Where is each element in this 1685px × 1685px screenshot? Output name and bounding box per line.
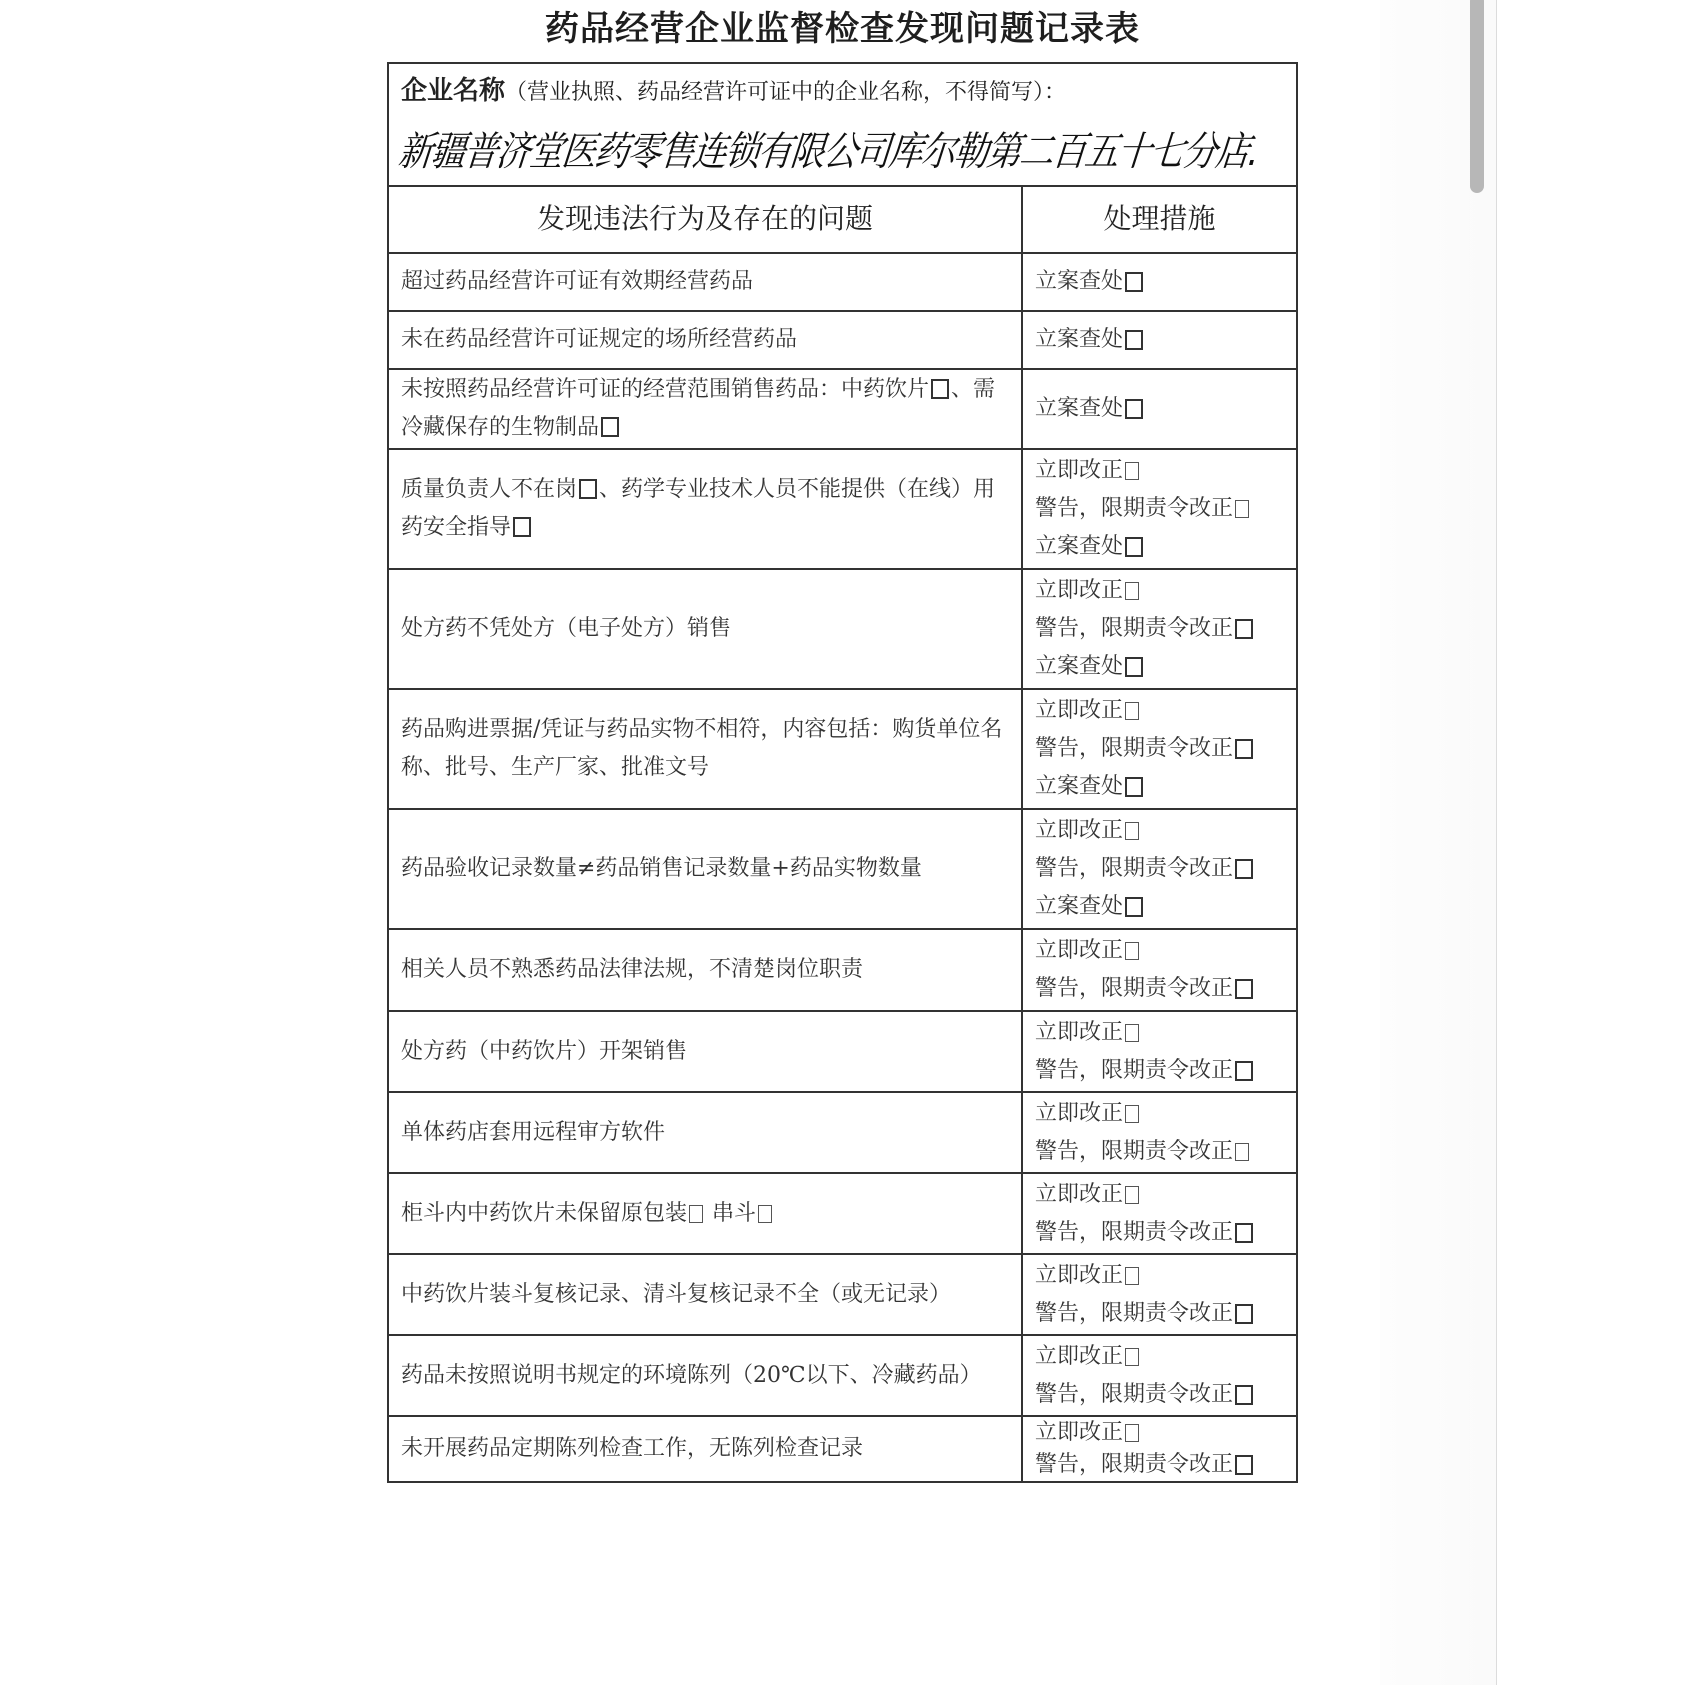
action-option: 警告，限期责令改正 bbox=[1035, 850, 1296, 888]
issue-cell: 质量负责人不在岗、药学专业技术人员不能提供（在线）用药安全指导 bbox=[389, 450, 1023, 568]
company-name-section: 企业名称（营业执照、药品经营许可证中的企业名称，不得简写）： 新疆普济堂医药零售… bbox=[389, 64, 1296, 187]
action-cell: 立案查处 bbox=[1023, 254, 1296, 310]
table-row: 相关人员不熟悉药品法律法规，不清楚岗位职责 立即改正 警告，限期责令改正 bbox=[389, 930, 1296, 1012]
issue-text: 质量负责人不在岗、药学专业技术人员不能提供（在线）用药安全指导 bbox=[401, 471, 1011, 547]
action-option: 立案查处 bbox=[1035, 263, 1296, 301]
action-option: 警告，限期责令改正 bbox=[1035, 490, 1296, 528]
checkbox[interactable] bbox=[1235, 859, 1253, 879]
checkbox[interactable] bbox=[1125, 1424, 1139, 1442]
issue-text: 处方药（中药饮片）开架销售 bbox=[401, 1033, 687, 1071]
issue-text: 未在药品经营许可证规定的场所经营药品 bbox=[401, 321, 797, 359]
issue-text: 药品未按照说明书规定的环境陈列（20℃以下、冷藏药品） bbox=[401, 1357, 982, 1395]
action-cell: 立即改正 警告，限期责令改正 bbox=[1023, 1012, 1296, 1091]
inspection-record-table: 企业名称（营业执照、药品经营许可证中的企业名称，不得简写）： 新疆普济堂医药零售… bbox=[387, 62, 1298, 1483]
action-label: 立案查处 bbox=[1035, 321, 1123, 359]
issue-cell: 药品购进票据/凭证与药品实物不相符，内容包括：购货单位名称、批号、生产厂家、批准… bbox=[389, 690, 1023, 808]
action-cell: 立即改正 警告，限期责令改正 立案查处 bbox=[1023, 450, 1296, 568]
checkbox[interactable] bbox=[1235, 619, 1253, 639]
action-cell: 立即改正 警告，限期责令改正 bbox=[1023, 1255, 1296, 1334]
checkbox[interactable] bbox=[1235, 979, 1253, 999]
action-option: 警告，限期责令改正 bbox=[1035, 1449, 1296, 1481]
action-option: 立案查处 bbox=[1035, 528, 1296, 566]
checkbox-mixed-drawer[interactable] bbox=[758, 1205, 772, 1223]
issue-text: 未开展药品定期陈列检查工作，无陈列检查记录 bbox=[401, 1430, 863, 1468]
action-option: 警告，限期责令改正 bbox=[1035, 730, 1296, 768]
company-label-bold: 企业名称 bbox=[401, 76, 505, 106]
checkbox[interactable] bbox=[1125, 1348, 1139, 1366]
action-label: 警告，限期责令改正 bbox=[1035, 490, 1233, 528]
action-option: 立即改正 bbox=[1035, 452, 1296, 490]
issue-text-part: 串斗 bbox=[705, 1201, 756, 1226]
checkbox[interactable] bbox=[1125, 1186, 1139, 1204]
checkbox[interactable] bbox=[1235, 739, 1253, 759]
header-issue: 发现违法行为及存在的问题 bbox=[389, 185, 1023, 252]
issue-cell: 药品验收记录数量≠药品销售记录数量+药品实物数量 bbox=[389, 810, 1023, 928]
action-label: 警告，限期责令改正 bbox=[1035, 1449, 1233, 1481]
company-name-label: 企业名称（营业执照、药品经营许可证中的企业名称，不得简写）： bbox=[401, 70, 1066, 107]
checkbox[interactable] bbox=[1125, 1267, 1139, 1285]
checkbox-biologics[interactable] bbox=[601, 417, 619, 437]
action-option: 警告，限期责令改正 bbox=[1035, 1295, 1296, 1333]
action-label: 立即改正 bbox=[1035, 1417, 1123, 1449]
issue-text: 中药饮片装斗复核记录、清斗复核记录不全（或无记录） bbox=[401, 1276, 951, 1314]
action-option: 警告，限期责令改正 bbox=[1035, 610, 1296, 648]
checkbox[interactable] bbox=[1125, 702, 1139, 720]
action-cell: 立即改正 警告，限期责令改正 bbox=[1023, 930, 1296, 1010]
checkbox[interactable] bbox=[1125, 1024, 1139, 1042]
checkbox[interactable] bbox=[1125, 1105, 1139, 1123]
checkbox[interactable] bbox=[1235, 1304, 1253, 1324]
table-row: 药品验收记录数量≠药品销售记录数量+药品实物数量 立即改正 警告，限期责令改正 … bbox=[389, 810, 1296, 930]
action-option: 立即改正 bbox=[1035, 692, 1296, 730]
issue-text: 药品购进票据/凭证与药品实物不相符，内容包括：购货单位名称、批号、生产厂家、批准… bbox=[401, 711, 1011, 787]
issue-cell: 未按照药品经营许可证的经营范围销售药品：中药饮片、需冷藏保存的生物制品 bbox=[389, 370, 1023, 448]
action-option: 警告，限期责令改正 bbox=[1035, 1214, 1296, 1252]
table-header-row: 发现违法行为及存在的问题 处理措施 bbox=[389, 185, 1296, 254]
table-row: 未按照药品经营许可证的经营范围销售药品：中药饮片、需冷藏保存的生物制品 立案查处 bbox=[389, 370, 1296, 450]
action-cell: 立案查处 bbox=[1023, 312, 1296, 368]
action-label: 立即改正 bbox=[1035, 812, 1123, 850]
action-label: 立即改正 bbox=[1035, 452, 1123, 490]
checkbox[interactable] bbox=[1235, 1223, 1253, 1243]
action-label: 立即改正 bbox=[1035, 1014, 1123, 1052]
action-cell: 立即改正 警告，限期责令改正 立案查处 bbox=[1023, 810, 1296, 928]
checkbox[interactable] bbox=[1125, 657, 1143, 677]
issue-text: 未按照药品经营许可证的经营范围销售药品：中药饮片、需冷藏保存的生物制品 bbox=[401, 371, 1011, 447]
action-label: 警告，限期责令改正 bbox=[1035, 1295, 1233, 1333]
action-label: 警告，限期责令改正 bbox=[1035, 970, 1233, 1008]
action-label: 立案查处 bbox=[1035, 263, 1123, 301]
issue-cell: 未开展药品定期陈列检查工作，无陈列检查记录 bbox=[389, 1417, 1023, 1481]
table-row: 单体药店套用远程审方软件 立即改正 警告，限期责令改正 bbox=[389, 1093, 1296, 1174]
action-option: 立即改正 bbox=[1035, 1417, 1296, 1449]
checkbox[interactable] bbox=[1235, 500, 1249, 518]
checkbox[interactable] bbox=[1125, 462, 1139, 480]
table-row: 处方药不凭处方（电子处方）销售 立即改正 警告，限期责令改正 立案查处 bbox=[389, 570, 1296, 690]
document-title: 药品经营企业监督检查发现问题记录表 bbox=[387, 4, 1298, 54]
issue-cell: 药品未按照说明书规定的环境陈列（20℃以下、冷藏药品） bbox=[389, 1336, 1023, 1415]
action-label: 立即改正 bbox=[1035, 1095, 1123, 1133]
table-row: 药品未按照说明书规定的环境陈列（20℃以下、冷藏药品） 立即改正 警告，限期责令… bbox=[389, 1336, 1296, 1417]
vertical-scrollbar-thumb[interactable] bbox=[1470, 0, 1484, 193]
table-row: 未在药品经营许可证规定的场所经营药品 立案查处 bbox=[389, 312, 1296, 370]
action-option: 警告，限期责令改正 bbox=[1035, 970, 1296, 1008]
issue-cell: 中药饮片装斗复核记录、清斗复核记录不全（或无记录） bbox=[389, 1255, 1023, 1334]
action-label: 立案查处 bbox=[1035, 390, 1123, 428]
action-cell: 立即改正 警告，限期责令改正 bbox=[1023, 1336, 1296, 1415]
action-cell: 立即改正 警告，限期责令改正 bbox=[1023, 1093, 1296, 1172]
action-option: 立案查处 bbox=[1035, 648, 1296, 686]
checkbox-pharmacist-guidance[interactable] bbox=[513, 517, 531, 537]
action-cell: 立即改正 警告，限期责令改正 bbox=[1023, 1174, 1296, 1253]
action-label: 立即改正 bbox=[1035, 1176, 1123, 1214]
issue-text: 药品验收记录数量≠药品销售记录数量+药品实物数量 bbox=[401, 850, 922, 888]
action-option: 立案查处 bbox=[1035, 768, 1296, 806]
checkbox[interactable] bbox=[1125, 330, 1143, 350]
company-label-note: （营业执照、药品经营许可证中的企业名称，不得简写）： bbox=[505, 80, 1066, 105]
action-cell: 立即改正 警告，限期责令改正 bbox=[1023, 1417, 1296, 1481]
table-row: 质量负责人不在岗、药学专业技术人员不能提供（在线）用药安全指导 立即改正 警告，… bbox=[389, 450, 1296, 570]
checkbox-original-packaging[interactable] bbox=[689, 1205, 703, 1223]
action-option: 立即改正 bbox=[1035, 1014, 1296, 1052]
issue-cell: 处方药（中药饮片）开架销售 bbox=[389, 1012, 1023, 1091]
checkbox-herbal-pieces[interactable] bbox=[931, 379, 949, 399]
issue-text: 相关人员不熟悉药品法律法规，不清楚岗位职责 bbox=[401, 951, 863, 989]
action-option: 立案查处 bbox=[1035, 888, 1296, 926]
checkbox[interactable] bbox=[1125, 942, 1139, 960]
issue-text: 处方药不凭处方（电子处方）销售 bbox=[401, 610, 731, 648]
action-cell: 立即改正 警告，限期责令改正 立案查处 bbox=[1023, 570, 1296, 688]
checkbox[interactable] bbox=[1235, 1385, 1253, 1405]
issue-text: 单体药店套用远程审方软件 bbox=[401, 1114, 665, 1152]
checkbox[interactable] bbox=[1125, 399, 1143, 419]
action-option: 警告，限期责令改正 bbox=[1035, 1376, 1296, 1414]
action-label: 立案查处 bbox=[1035, 528, 1123, 566]
action-option: 立即改正 bbox=[1035, 812, 1296, 850]
checkbox[interactable] bbox=[1125, 537, 1143, 557]
action-label: 立即改正 bbox=[1035, 1257, 1123, 1295]
action-cell: 立案查处 bbox=[1023, 370, 1296, 448]
issue-text-part: 质量负责人不在岗 bbox=[401, 477, 577, 502]
action-option: 立即改正 bbox=[1035, 572, 1296, 610]
viewer-divider bbox=[1496, 0, 1497, 1685]
issue-cell: 超过药品经营许可证有效期经营药品 bbox=[389, 254, 1023, 310]
issue-cell: 单体药店套用远程审方软件 bbox=[389, 1093, 1023, 1172]
action-option: 警告，限期责令改正 bbox=[1035, 1133, 1296, 1171]
checkbox[interactable] bbox=[1235, 1455, 1253, 1475]
action-label: 立即改正 bbox=[1035, 1338, 1123, 1376]
table-row: 柜斗内中药饮片未保留原包装 串斗 立即改正 警告，限期责令改正 bbox=[389, 1174, 1296, 1255]
action-label: 警告，限期责令改正 bbox=[1035, 730, 1233, 768]
checkbox[interactable] bbox=[1125, 777, 1143, 797]
action-option: 立即改正 bbox=[1035, 1176, 1296, 1214]
action-label: 警告，限期责令改正 bbox=[1035, 850, 1233, 888]
action-option: 立即改正 bbox=[1035, 1338, 1296, 1376]
checkbox[interactable] bbox=[1125, 582, 1139, 600]
checkbox[interactable] bbox=[1125, 897, 1143, 917]
issue-cell: 柜斗内中药饮片未保留原包装 串斗 bbox=[389, 1174, 1023, 1253]
table-row: 药品购进票据/凭证与药品实物不相符，内容包括：购货单位名称、批号、生产厂家、批准… bbox=[389, 690, 1296, 810]
action-label: 立案查处 bbox=[1035, 768, 1123, 806]
action-label: 立即改正 bbox=[1035, 572, 1123, 610]
action-label: 立案查处 bbox=[1035, 888, 1123, 926]
checkbox[interactable] bbox=[1235, 1143, 1249, 1161]
checkbox[interactable] bbox=[1125, 822, 1139, 840]
issue-text-part: 柜斗内中药饮片未保留原包装 bbox=[401, 1201, 687, 1226]
action-option: 立案查处 bbox=[1035, 321, 1296, 359]
action-option: 立案查处 bbox=[1035, 390, 1296, 428]
action-label: 警告，限期责令改正 bbox=[1035, 1376, 1233, 1414]
table-row: 超过药品经营许可证有效期经营药品 立案查处 bbox=[389, 254, 1296, 312]
action-option: 立即改正 bbox=[1035, 1095, 1296, 1133]
action-label: 警告，限期责令改正 bbox=[1035, 1214, 1233, 1252]
table-row: 中药饮片装斗复核记录、清斗复核记录不全（或无记录） 立即改正 警告，限期责令改正 bbox=[389, 1255, 1296, 1336]
action-option: 立即改正 bbox=[1035, 1257, 1296, 1295]
company-name-handwritten[interactable]: 新疆普济堂医药零售连锁有限公司库尔勒第二百五十七分店. bbox=[396, 120, 1261, 177]
page-margin-shade bbox=[1380, 0, 1496, 1685]
action-label: 警告，限期责令改正 bbox=[1035, 610, 1233, 648]
checkbox-quality-manager[interactable] bbox=[579, 479, 597, 499]
action-option: 警告，限期责令改正 bbox=[1035, 1052, 1296, 1090]
action-label: 警告，限期责令改正 bbox=[1035, 1133, 1233, 1171]
action-cell: 立即改正 警告，限期责令改正 立案查处 bbox=[1023, 690, 1296, 808]
issue-text: 柜斗内中药饮片未保留原包装 串斗 bbox=[401, 1195, 774, 1233]
issue-cell: 相关人员不熟悉药品法律法规，不清楚岗位职责 bbox=[389, 930, 1023, 1010]
action-option: 立即改正 bbox=[1035, 932, 1296, 970]
action-label: 立即改正 bbox=[1035, 932, 1123, 970]
action-label: 警告，限期责令改正 bbox=[1035, 1052, 1233, 1090]
table-row: 处方药（中药饮片）开架销售 立即改正 警告，限期责令改正 bbox=[389, 1012, 1296, 1093]
checkbox[interactable] bbox=[1235, 1061, 1253, 1081]
issue-cell: 未在药品经营许可证规定的场所经营药品 bbox=[389, 312, 1023, 368]
table-row: 未开展药品定期陈列检查工作，无陈列检查记录 立即改正 警告，限期责令改正 bbox=[389, 1417, 1296, 1481]
header-action: 处理措施 bbox=[1023, 185, 1296, 252]
issue-text: 超过药品经营许可证有效期经营药品 bbox=[401, 263, 753, 301]
issue-cell: 处方药不凭处方（电子处方）销售 bbox=[389, 570, 1023, 688]
action-label: 立案查处 bbox=[1035, 648, 1123, 686]
checkbox[interactable] bbox=[1125, 272, 1143, 292]
issue-text-part: 未按照药品经营许可证的经营范围销售药品：中药饮片 bbox=[401, 377, 929, 402]
action-label: 立即改正 bbox=[1035, 692, 1123, 730]
